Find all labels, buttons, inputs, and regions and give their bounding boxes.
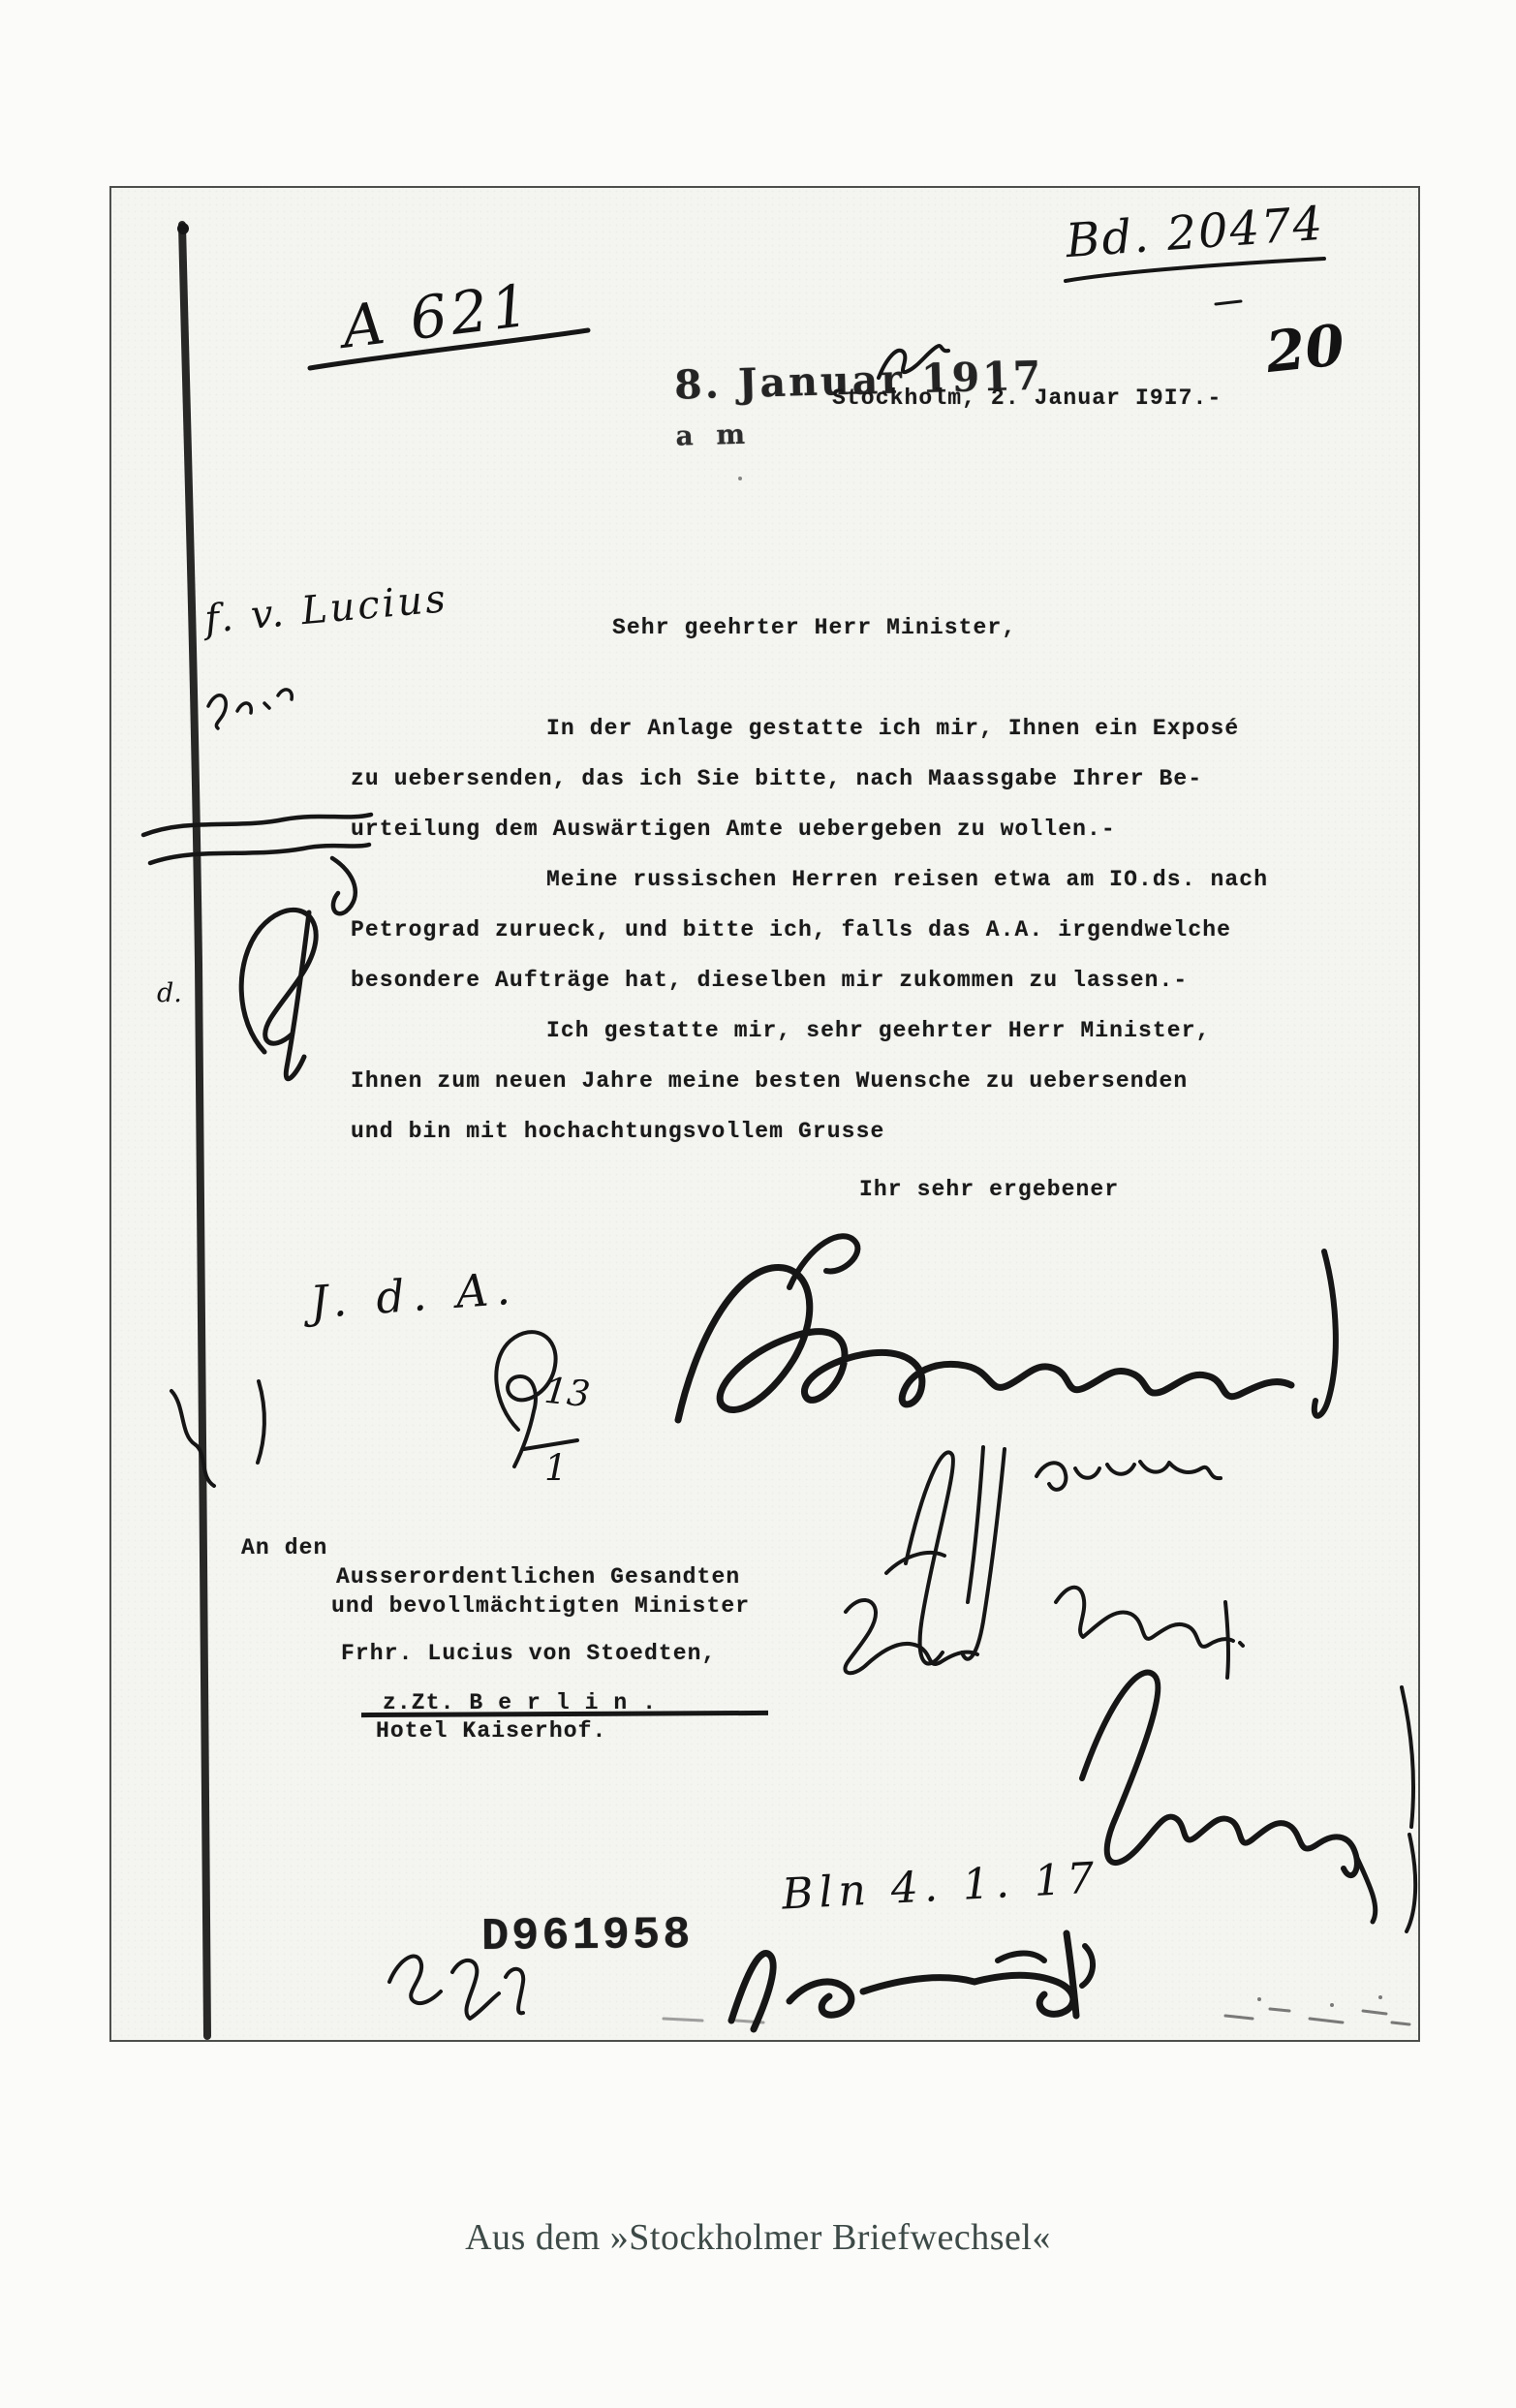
body-line: Ihnen zum neuen Jahre meine besten Wuens… <box>351 1068 1188 1094</box>
lucius-signature <box>1082 1673 1415 1931</box>
berlin-date-note: Bln 4. 1. 17 <box>781 1853 1101 1919</box>
journal-note: J. d. A. <box>308 1262 519 1329</box>
address-line-minister: und bevollmächtigten Minister <box>331 1591 750 1621</box>
address-line-an-den: An den <box>241 1535 327 1560</box>
enclosure-note-scrawl <box>389 1957 523 2019</box>
official-paraphs <box>845 1447 1243 1678</box>
body-line: und bin mit hochachtungsvollem Grusse <box>351 1119 884 1144</box>
page-number: 20 <box>1263 312 1347 386</box>
body-line: zu uebersenden, das ich Sie bitte, nach … <box>351 766 1202 791</box>
receipt-stamp-suffix: a m <box>675 418 752 452</box>
archive-note: Bd. 20474 <box>1064 197 1325 269</box>
salutation: Sehr geehrter Herr Minister, <box>612 615 1016 640</box>
address-underline <box>361 1711 768 1717</box>
margin-initial: d. <box>157 978 182 1008</box>
margin-paraph <box>241 910 316 1078</box>
body-line: Ich gestatte mir, sehr geehrter Herr Min… <box>546 1018 1211 1043</box>
body-line: Meine russischen Herren reisen etwa am I… <box>546 867 1268 892</box>
fraction-denominator: 1 <box>544 1447 568 1489</box>
bottom-office-scrawl <box>731 1933 1093 2029</box>
bockelmann-signature <box>678 1236 1336 1420</box>
scan-page: Bd. 20474 A 621 8. Januar 1917 a m 20 St… <box>0 0 1516 2408</box>
closing: Ihr sehr ergebener <box>859 1177 1119 1202</box>
body-line: Petrograd zurueck, und bitte ich, falls … <box>351 917 1231 942</box>
margin-initials-scrawl <box>208 690 292 728</box>
address-line-gesandten: Ausserordentlichen Gesandten <box>336 1562 740 1591</box>
margin-crossing-scrawl <box>143 815 371 913</box>
file-number: A 621 <box>338 271 536 361</box>
body-line: In der Anlage gestatte ich mir, Ihnen ei… <box>546 716 1239 741</box>
registry-stamp: D961958 <box>481 1910 694 1963</box>
scan-speckles <box>664 1995 1409 2024</box>
body-line: besondere Aufträge hat, dieselben mir zu… <box>351 968 1188 993</box>
body-line: urteilung dem Auswärtigen Amte uebergebe… <box>351 817 1116 842</box>
caption: Aus dem »Stockholmer Briefwechsel« <box>0 2216 1516 2259</box>
fraction-numerator: 13 <box>542 1370 592 1416</box>
margin-address-scrawl <box>171 1381 264 1486</box>
address-line-recipient: Frhr. Lucius von Stoedten, <box>341 1641 716 1666</box>
address-line-hotel: Hotel Kaiserhof. <box>376 1718 606 1744</box>
dateline: Stockholm, 2. Januar I9I7.- <box>832 386 1222 411</box>
letter-frame: Bd. 20474 A 621 8. Januar 1917 a m 20 St… <box>109 186 1420 2042</box>
ink-fold-line <box>177 223 207 2036</box>
margin-signature-note: f. v. Lucius <box>202 576 449 642</box>
